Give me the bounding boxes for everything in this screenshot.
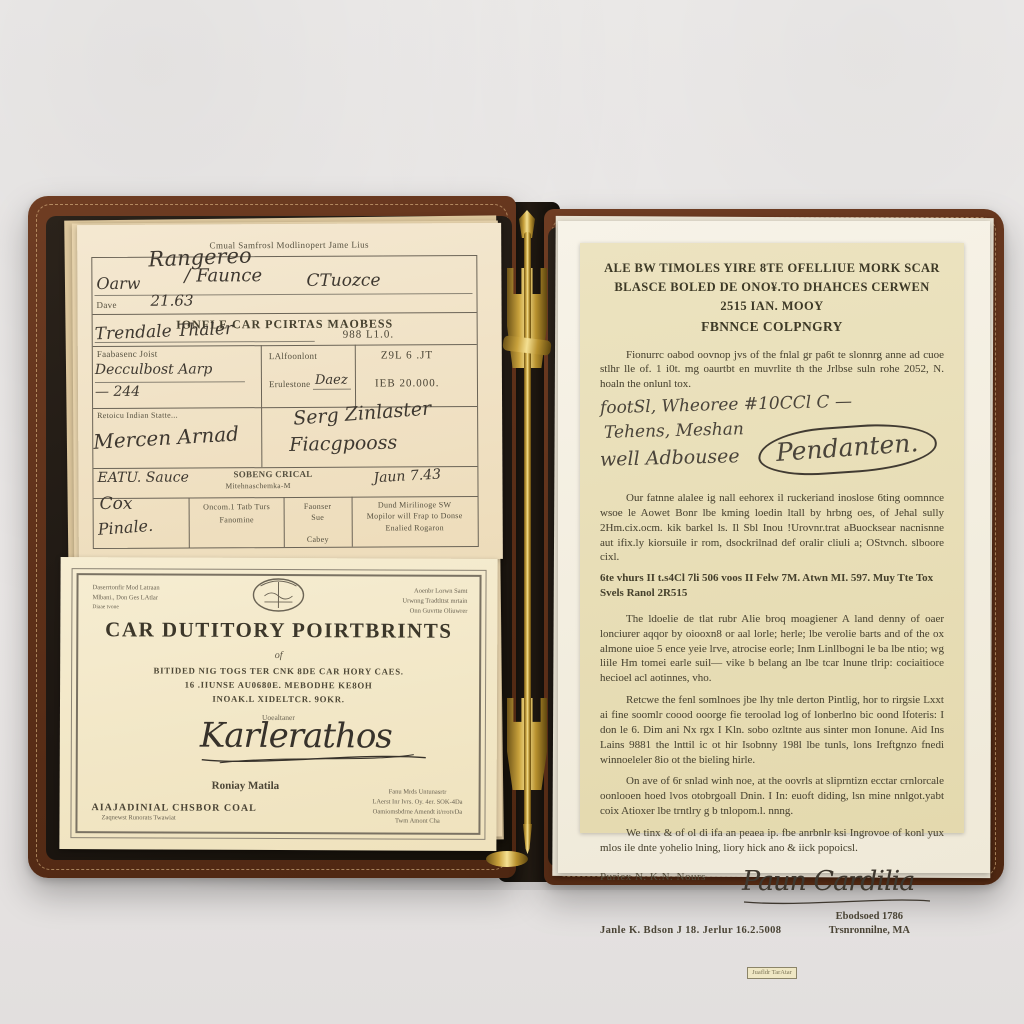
letter-stamp-row: Juafldr TarAtar bbox=[600, 964, 944, 980]
portfolio-left-cover: Cmual Samfrosl Modlinopert Jame Lius Ran… bbox=[28, 196, 516, 878]
typed-number: 988 L1.0. bbox=[343, 328, 395, 340]
letter-paragraph: The ldoelie de tlat rubr Alie broq moagi… bbox=[600, 612, 944, 686]
tiny-stamp: Juafldr TarAtar bbox=[747, 967, 797, 980]
form-row-title: IONFLE CAR PCIRTAS MAOBESS Trendale Thal… bbox=[93, 312, 477, 347]
letter-bold-line: 6te vhurs II t.s4Cl 7li 506 voos II Felw… bbox=[600, 571, 944, 601]
certificate-document: Daserrtonfir Mod Latraan Mlbani., Don Ge… bbox=[59, 557, 497, 851]
cell-divider bbox=[189, 498, 190, 548]
letter-paragraph: Retcwe the fenl somlnoes jbe lhy tnle de… bbox=[600, 693, 944, 767]
form-row-owner: Retoicu Indian Statte... Mercen Arnad Se… bbox=[93, 406, 477, 469]
cell-divider bbox=[261, 407, 262, 467]
rule-line bbox=[95, 341, 315, 343]
certificate-of: of bbox=[60, 649, 497, 662]
hinge-base-disc bbox=[486, 851, 528, 867]
certificate-title: CAR DUTITORY POIRTBRINTS bbox=[60, 617, 497, 644]
letter-signature: Paun Cardilia bbox=[742, 864, 932, 907]
column-label: Enalied Rogaron bbox=[356, 523, 474, 533]
field-label: Faabasenc Joist bbox=[97, 349, 158, 359]
rule-line bbox=[95, 381, 245, 383]
form-table: Rangereo Oarw / Faunce CTuozce Dave 21.6… bbox=[91, 255, 479, 549]
field-label: Retoicu Indian Statte... bbox=[97, 411, 178, 420]
letter-paragraph: Our fatnne alalee ig nall eehorex il ruc… bbox=[600, 491, 944, 565]
handwritten-entry: / Faunce bbox=[184, 265, 262, 286]
handwritten-note: well Adbousee bbox=[600, 442, 740, 475]
form-header-line: Cmual Samfrosl Modlinopert Jame Lius bbox=[77, 239, 501, 251]
hinge-rod bbox=[524, 232, 531, 832]
portfolio-right-cover: ALE BW TIMOLES YIRE 8TE OFELLIUE MORK SC… bbox=[544, 209, 1004, 885]
letter-paragraph: Fionurrc oabod oovnop jvs of the fnlal g… bbox=[600, 348, 944, 393]
letter-content: ALE BW TIMOLES YIRE 8TE OFELLIUE MORK SC… bbox=[600, 259, 944, 817]
certificate-topleft-text: Daserrtonfir Mod Latraan Mlbani., Don Ge… bbox=[92, 583, 159, 611]
certificate-body-text: BITIDED NIG TOGS TER CNK 8DE CAR HORY CA… bbox=[60, 663, 497, 707]
handwritten-signature: Karlerathos bbox=[200, 716, 392, 757]
handwritten-annotation-block: footSl, Wheoree #10CCl C — Tehens, Mesha… bbox=[600, 392, 944, 484]
handwritten-entry: Decculbost Aarp bbox=[95, 361, 213, 378]
column-label: Oncom.1 Tatb Turs bbox=[194, 502, 280, 511]
date-label: Dave bbox=[97, 300, 117, 310]
handwritten-entry: CTuozce bbox=[306, 271, 380, 291]
letter-paragraph: On ave of 6r snlad winh noe, at the oovr… bbox=[600, 774, 944, 819]
letter-paragraph: We tinx & of ol di ifa an peaea ip. fbe … bbox=[600, 826, 944, 856]
handwritten-signature: Mercen Arnad bbox=[93, 421, 240, 453]
cell-divider bbox=[352, 497, 353, 547]
column-label: Fanomine bbox=[194, 515, 280, 524]
form-row-bottom: Cox Pinale. Oncom.1 Tatb Turs Fanomine F… bbox=[94, 496, 478, 548]
handwritten-entry: EATU. Sauce bbox=[97, 470, 188, 486]
column-label: Mopilor will Frap to Donse bbox=[356, 511, 474, 521]
column-label: Sue bbox=[286, 513, 350, 522]
handwritten-entry: Oarw bbox=[96, 274, 140, 293]
form-row-office: EATU. Sauce SOBENG CRICAL Mitehnaschemka… bbox=[93, 466, 477, 499]
certificate-seal-icon bbox=[250, 574, 306, 619]
handwritten-entry: Cox bbox=[100, 494, 133, 514]
handwritten-entry: Pinale. bbox=[97, 516, 154, 539]
handwritten-entry: Daez bbox=[315, 373, 348, 388]
certificate-signer-name: Roniay Matila bbox=[212, 780, 280, 792]
form-row-name: Rangereo Oarw / Faunce CTuozce Dave 21.6… bbox=[92, 256, 476, 315]
handwritten-date: 21.63 bbox=[150, 292, 193, 310]
letter-heading: ALE BW TIMOLES YIRE 8TE OFELLIUE MORK SC… bbox=[600, 259, 944, 338]
handwritten-entry: — 244 bbox=[95, 384, 140, 400]
registration-form-document: Cmual Samfrosl Modlinopert Jame Lius Ran… bbox=[77, 223, 503, 561]
column-label: Dund Mirilinoge SW bbox=[356, 500, 474, 510]
closing-salutation: Puriex N. K.N. Nours bbox=[600, 870, 706, 885]
letter-closing-block: Puriex N. K.N. Nours Paun Cardilia Ebods… bbox=[600, 866, 944, 962]
cell-divider bbox=[355, 345, 356, 407]
handwritten-signature: Paun Cardilia bbox=[742, 866, 914, 897]
letter-document: ALE BW TIMOLES YIRE 8TE OFELLIUE MORK SC… bbox=[580, 243, 964, 833]
field-label: Erulestone bbox=[269, 379, 311, 389]
certificate-topright-text: Aoenbr Lorwn Samt Urwnng Tradtlttst mrta… bbox=[402, 587, 467, 617]
certificate-bottomleft-text: AIAJADINIAL CHSBOR COAL Zaqnewst Runorat… bbox=[91, 802, 256, 823]
column-label: Cabey bbox=[286, 535, 350, 544]
certificate-signature: Karlerathos bbox=[200, 716, 430, 767]
typed-value: Z9L 6 .JT bbox=[381, 349, 433, 361]
rule-line bbox=[313, 389, 351, 390]
signature-caption: Ebodsoed 1786 Trsnronnilne, MA bbox=[829, 910, 910, 938]
handwritten-entry: Jaun 7.43 bbox=[373, 466, 441, 486]
letter-footer-reference: Janle K. Bdson J 18. Jerlur 16.2.5008 bbox=[600, 924, 781, 938]
certificate-bottomright-text: Fanu Mrds Untunasrtr LAerst Inr Ivrs. Oy… bbox=[372, 787, 462, 826]
column-label: Faonser bbox=[286, 502, 350, 511]
office-sublabel: Mitehnaschemka-M bbox=[225, 481, 290, 490]
cell-divider bbox=[261, 345, 262, 407]
circled-handwritten-word: Pendanten. bbox=[757, 424, 937, 475]
office-label: SOBENG CRICAL bbox=[233, 469, 312, 479]
field-label: LAlfoonlont bbox=[269, 351, 317, 361]
typed-value: IEB 20.000. bbox=[375, 377, 440, 389]
handwritten-entry: Fiacgpooss bbox=[289, 432, 397, 456]
